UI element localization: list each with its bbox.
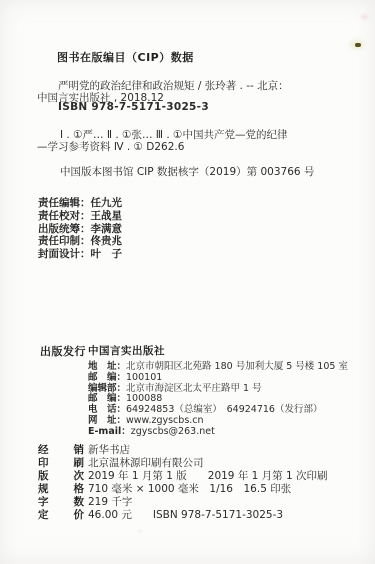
print-value: 46.00 元 ISBN 978-7-5171-3025-3 xyxy=(88,507,283,522)
scan-speck-faint xyxy=(138,530,142,533)
print-label: 定价 xyxy=(38,507,88,522)
cip-entry-isbn: ISBN 978-7-5171-3025-3 xyxy=(58,101,209,113)
detail-label: E-mail： xyxy=(88,426,131,437)
credit-value: 叶 子 xyxy=(91,248,123,260)
print-label-first: 定 xyxy=(38,507,49,522)
credit-row-cover-designer: 封面设计：叶 子 xyxy=(38,246,122,261)
print-label-last: 价 xyxy=(74,507,85,522)
scan-speck xyxy=(355,43,361,47)
cip-heading: 图书在版编目（CIP）数据 xyxy=(57,49,194,65)
publisher-name: 中国言实出版社 xyxy=(88,343,165,358)
email-row: E-mail：zgyscbs@263.net xyxy=(88,423,215,437)
publisher-label: 出版发行 xyxy=(40,343,86,359)
scan-smudge xyxy=(361,15,368,19)
credit-label: 封面设计： xyxy=(38,248,91,260)
book-copyright-page: 图书在版编目（CIP）数据 严明党的政治纪律和政治规矩 / 张玲著 . -- 北… xyxy=(0,0,375,564)
detail-value: zgyscbs@263.net xyxy=(131,426,215,437)
price-row: 定价 46.00 元 ISBN 978-7-5171-3025-3 xyxy=(38,507,283,522)
cip-classification-line2: —学习参考资料 Ⅳ . ① D262.6 xyxy=(37,139,184,154)
cip-record-number: 中国版本图书馆 CIP 数据核字（2019）第 003766 号 xyxy=(60,164,314,179)
